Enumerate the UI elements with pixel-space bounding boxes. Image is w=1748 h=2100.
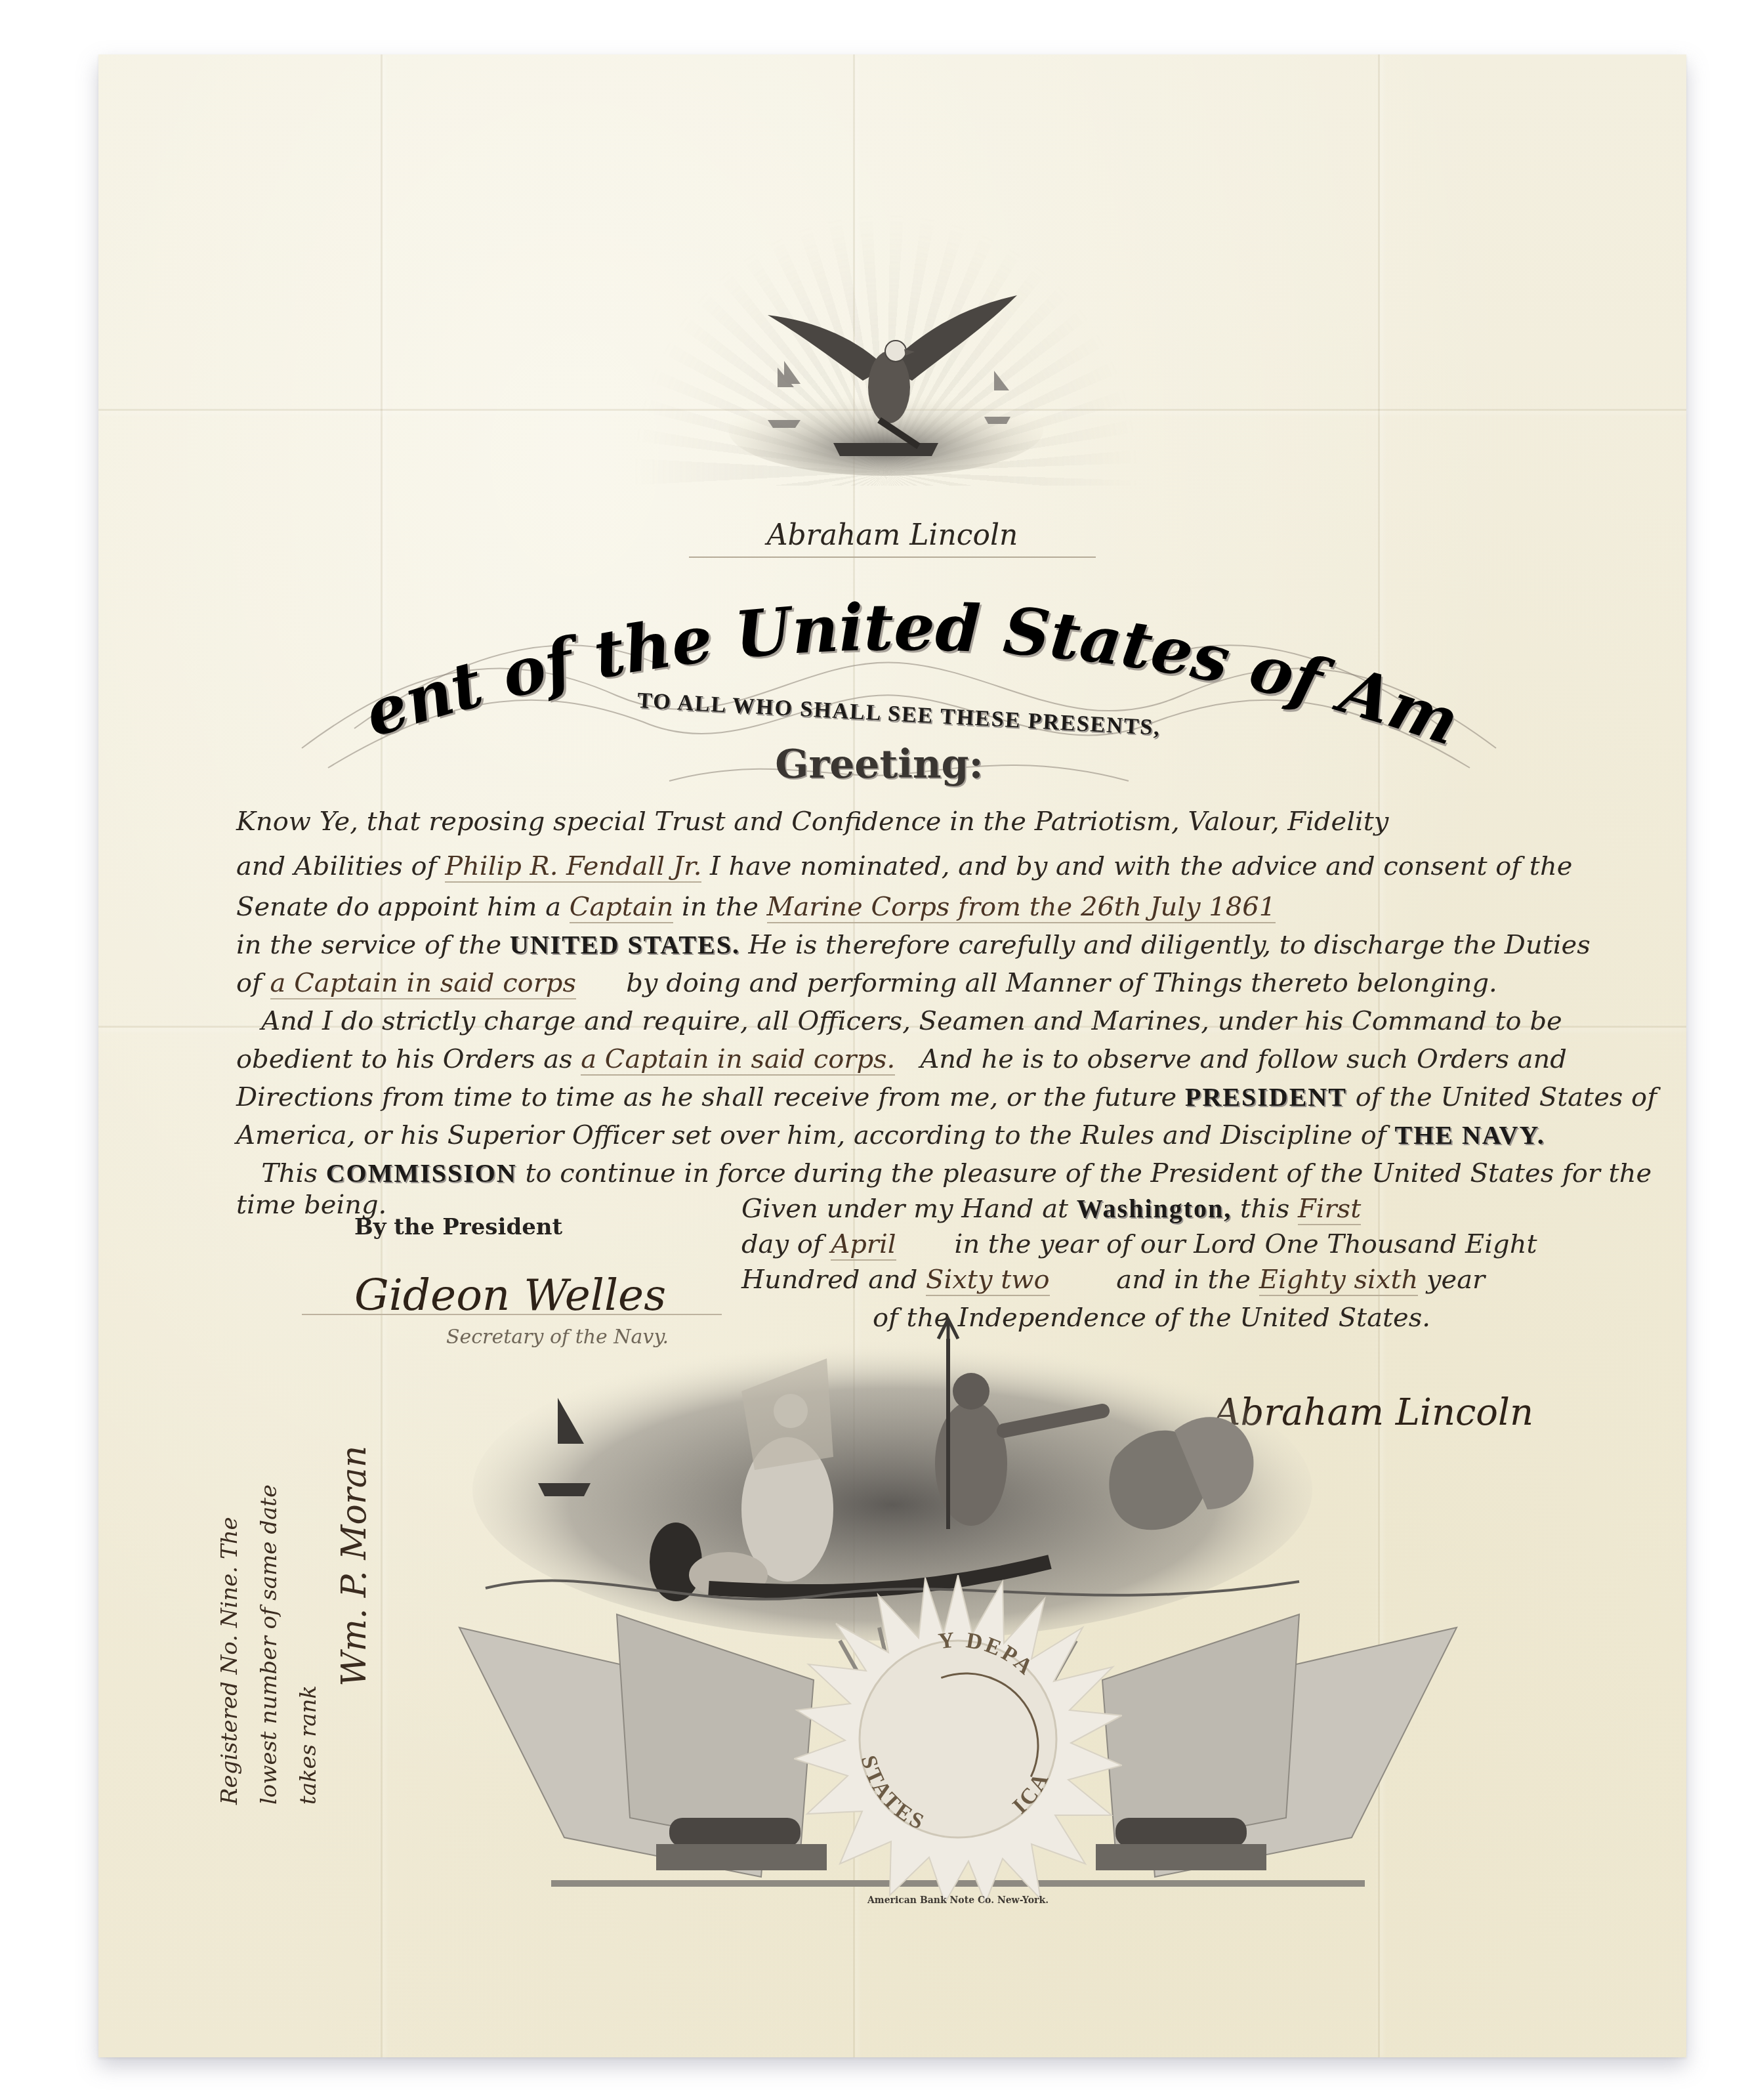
greeting-heading: Greeting: <box>761 742 997 787</box>
engraved-emphasis: COMMISSION <box>326 1158 517 1188</box>
body-line: Senate do appoint him a Captain in the M… <box>236 894 1601 920</box>
registration-margin-note: Registered No. Nine. The lowest number o… <box>217 1345 400 1805</box>
engraved-text: day of <box>741 1229 831 1259</box>
manuscript-fill: Philip R. Fendall Jr. <box>445 851 701 883</box>
body-line: Know Ye, that reposing special Trust and… <box>236 808 1601 835</box>
engraved-text: America, or his Superior Officer set ove… <box>236 1120 1394 1150</box>
engraved-text: And I do strictly charge and require, al… <box>236 1006 1562 1036</box>
engraved-text: and in the <box>1050 1265 1259 1295</box>
dating-line: Given under my Hand at Washington, this … <box>741 1196 1594 1222</box>
dating-line: day of April in the year of our Lord One… <box>741 1231 1594 1257</box>
engraved-text: And he is to observe and follow such Ord… <box>895 1044 1567 1074</box>
body-line: of a Captain in said corps by doing and … <box>236 970 1601 996</box>
engraved-text: He is therefore carefully and diligently… <box>740 930 1591 960</box>
engraved-text: by doing and performing all Manner of Th… <box>576 968 1497 998</box>
engraved-text: in the service of the <box>236 930 510 960</box>
body-line: This COMMISSION to continue in force dur… <box>236 1160 1601 1186</box>
manuscript-fill: Sixty two <box>926 1265 1050 1296</box>
body-line: America, or his Superior Officer set ove… <box>236 1122 1601 1148</box>
body-line: And I do strictly charge and require, al… <box>236 1008 1601 1034</box>
engraved-text: this <box>1232 1194 1298 1224</box>
eagle-icon <box>722 289 1050 486</box>
engraver-imprint: American Bank Note Co. New-York. <box>860 1895 1056 1906</box>
margin-note-line: takes rank <box>295 1685 322 1805</box>
president-name-header: Abraham Lincoln <box>761 518 1024 552</box>
engraved-emphasis: Washington, <box>1077 1194 1232 1223</box>
manuscript-fill: April <box>831 1229 896 1261</box>
navy-department-seal: Y DEPA STATES ICA <box>794 1575 1122 1903</box>
engraved-text: in the year of our Lord One Thousand Eig… <box>896 1229 1537 1259</box>
manuscript-fill: Eighty sixth <box>1259 1265 1418 1296</box>
manuscript-fill: Marine Corps from the 26th July 1861 <box>767 892 1276 923</box>
manuscript-fill: a Captain in said corps <box>270 968 576 999</box>
dating-line: Hundred and Sixty two and in the Eighty … <box>741 1267 1594 1293</box>
body-line: and Abilities of Philip R. Fendall Jr. I… <box>236 853 1601 879</box>
engraved-text: Senate do appoint him a <box>236 892 570 922</box>
by-the-president-label: By the President <box>354 1214 562 1240</box>
engraved-text: Hundred and <box>741 1265 926 1295</box>
engraved-text: Know Ye, that reposing special Trust and… <box>236 807 1388 837</box>
engraved-text: of <box>236 968 270 998</box>
engraved-text: Directions from time to time as he shall… <box>236 1082 1185 1112</box>
engraved-text: in the <box>673 892 766 922</box>
engraved-text: of the United States of <box>1347 1082 1657 1112</box>
engraved-text: This <box>236 1158 326 1188</box>
margin-note-line: lowest number of same date <box>256 1484 282 1805</box>
manuscript-fill: Captain <box>570 892 674 923</box>
body-line: in the service of the UNITED STATES. He … <box>236 932 1601 958</box>
engraved-text: I have nominated, and by and with the ad… <box>701 851 1572 881</box>
body-line: Directions from time to time as he shall… <box>236 1084 1601 1110</box>
engraved-text: Given under my Hand at <box>741 1194 1077 1224</box>
engraved-text: year <box>1418 1265 1485 1295</box>
engraved-emphasis: PRESIDENT <box>1185 1082 1347 1112</box>
engraved-emphasis: UNITED STATES. <box>510 930 740 959</box>
body-line: obedient to his Orders as a Captain in s… <box>236 1046 1601 1072</box>
margin-note-line: Registered No. Nine. The <box>217 1517 243 1805</box>
engraved-text: and Abilities of <box>236 851 445 881</box>
manuscript-fill: First <box>1298 1194 1361 1225</box>
manuscript-fill: a Captain in said corps. <box>581 1044 895 1076</box>
engraved-text: to continue in force during the pleasure… <box>517 1158 1652 1188</box>
registrar-signature: Wm. P. Moran <box>335 1446 374 1687</box>
header-rule <box>689 556 1096 558</box>
engraved-text: obedient to his Orders as <box>236 1044 581 1074</box>
engraved-emphasis: THE NAVY. <box>1394 1120 1545 1150</box>
